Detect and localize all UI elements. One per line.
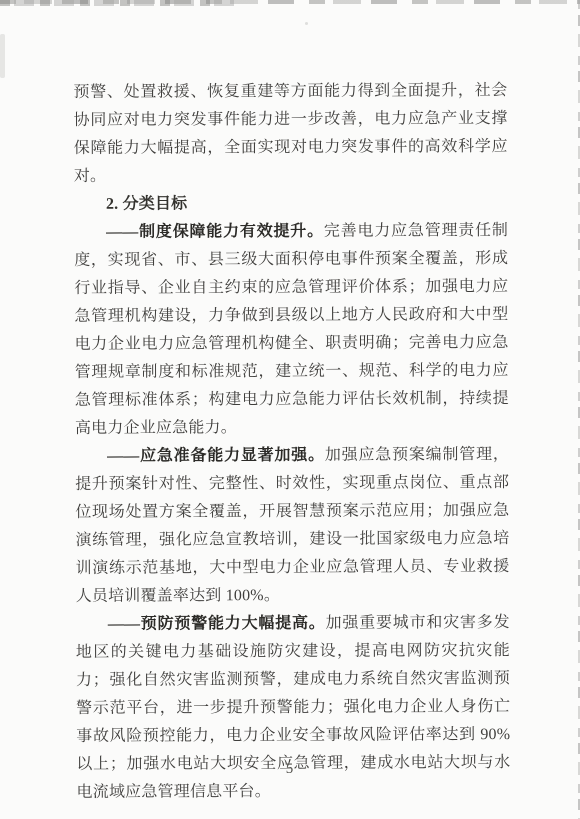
scan-artifact-speck (305, 22, 308, 25)
scanned-document-page: 预警、处置救援、恢复重建等方面能力得到全面提升，社会协同应对电力突发事件能力进一… (0, 0, 580, 819)
paragraph-lead-bold: ——制度保障能力有效提升。 (106, 223, 324, 241)
document-body: 预警、处置救援、恢复重建等方面能力得到全面提升，社会协同应对电力突发事件能力进一… (73, 77, 510, 807)
paragraph-text: 加强应急预案编制管理，提升预案针对性、完整性、时效性，实现重点岗位、重点部位现场… (75, 446, 509, 605)
paragraph-lead-bold: ——应急准备能力显著加强。 (107, 447, 325, 465)
paragraph-lead-bold: ——预防预警能力大幅提高。 (108, 615, 326, 633)
paragraph-continuation: 预警、处置救援、恢复重建等方面能力得到全面提升，社会协同应对电力突发事件能力进一… (73, 77, 507, 191)
scan-artifact-top-edge-dark (0, 0, 240, 6)
section-heading: 2. 分类目标 (74, 189, 508, 219)
paragraph-item-system-guarantee: ——制度保障能力有效提升。完善电力应急管理责任制度，实现省、市、县三级大面积停电… (74, 217, 509, 443)
paragraph-item-emergency-preparedness: ——应急准备能力显著加强。加强应急预案编制管理，提升预案针对性、完整性、时效性，… (75, 441, 510, 611)
page-footer: 5 (0, 760, 580, 778)
scan-artifact-left-smudge (0, 34, 5, 78)
paragraph-text: 完善电力应急管理责任制度，实现省、市、县三级大面积停电事件预案全覆盖，形成行业指… (74, 222, 509, 437)
paragraph-text: 预警、处置救援、恢复重建等方面能力得到全面提升，社会协同应对电力突发事件能力进一… (73, 82, 507, 185)
page-number: 5 (286, 761, 295, 777)
